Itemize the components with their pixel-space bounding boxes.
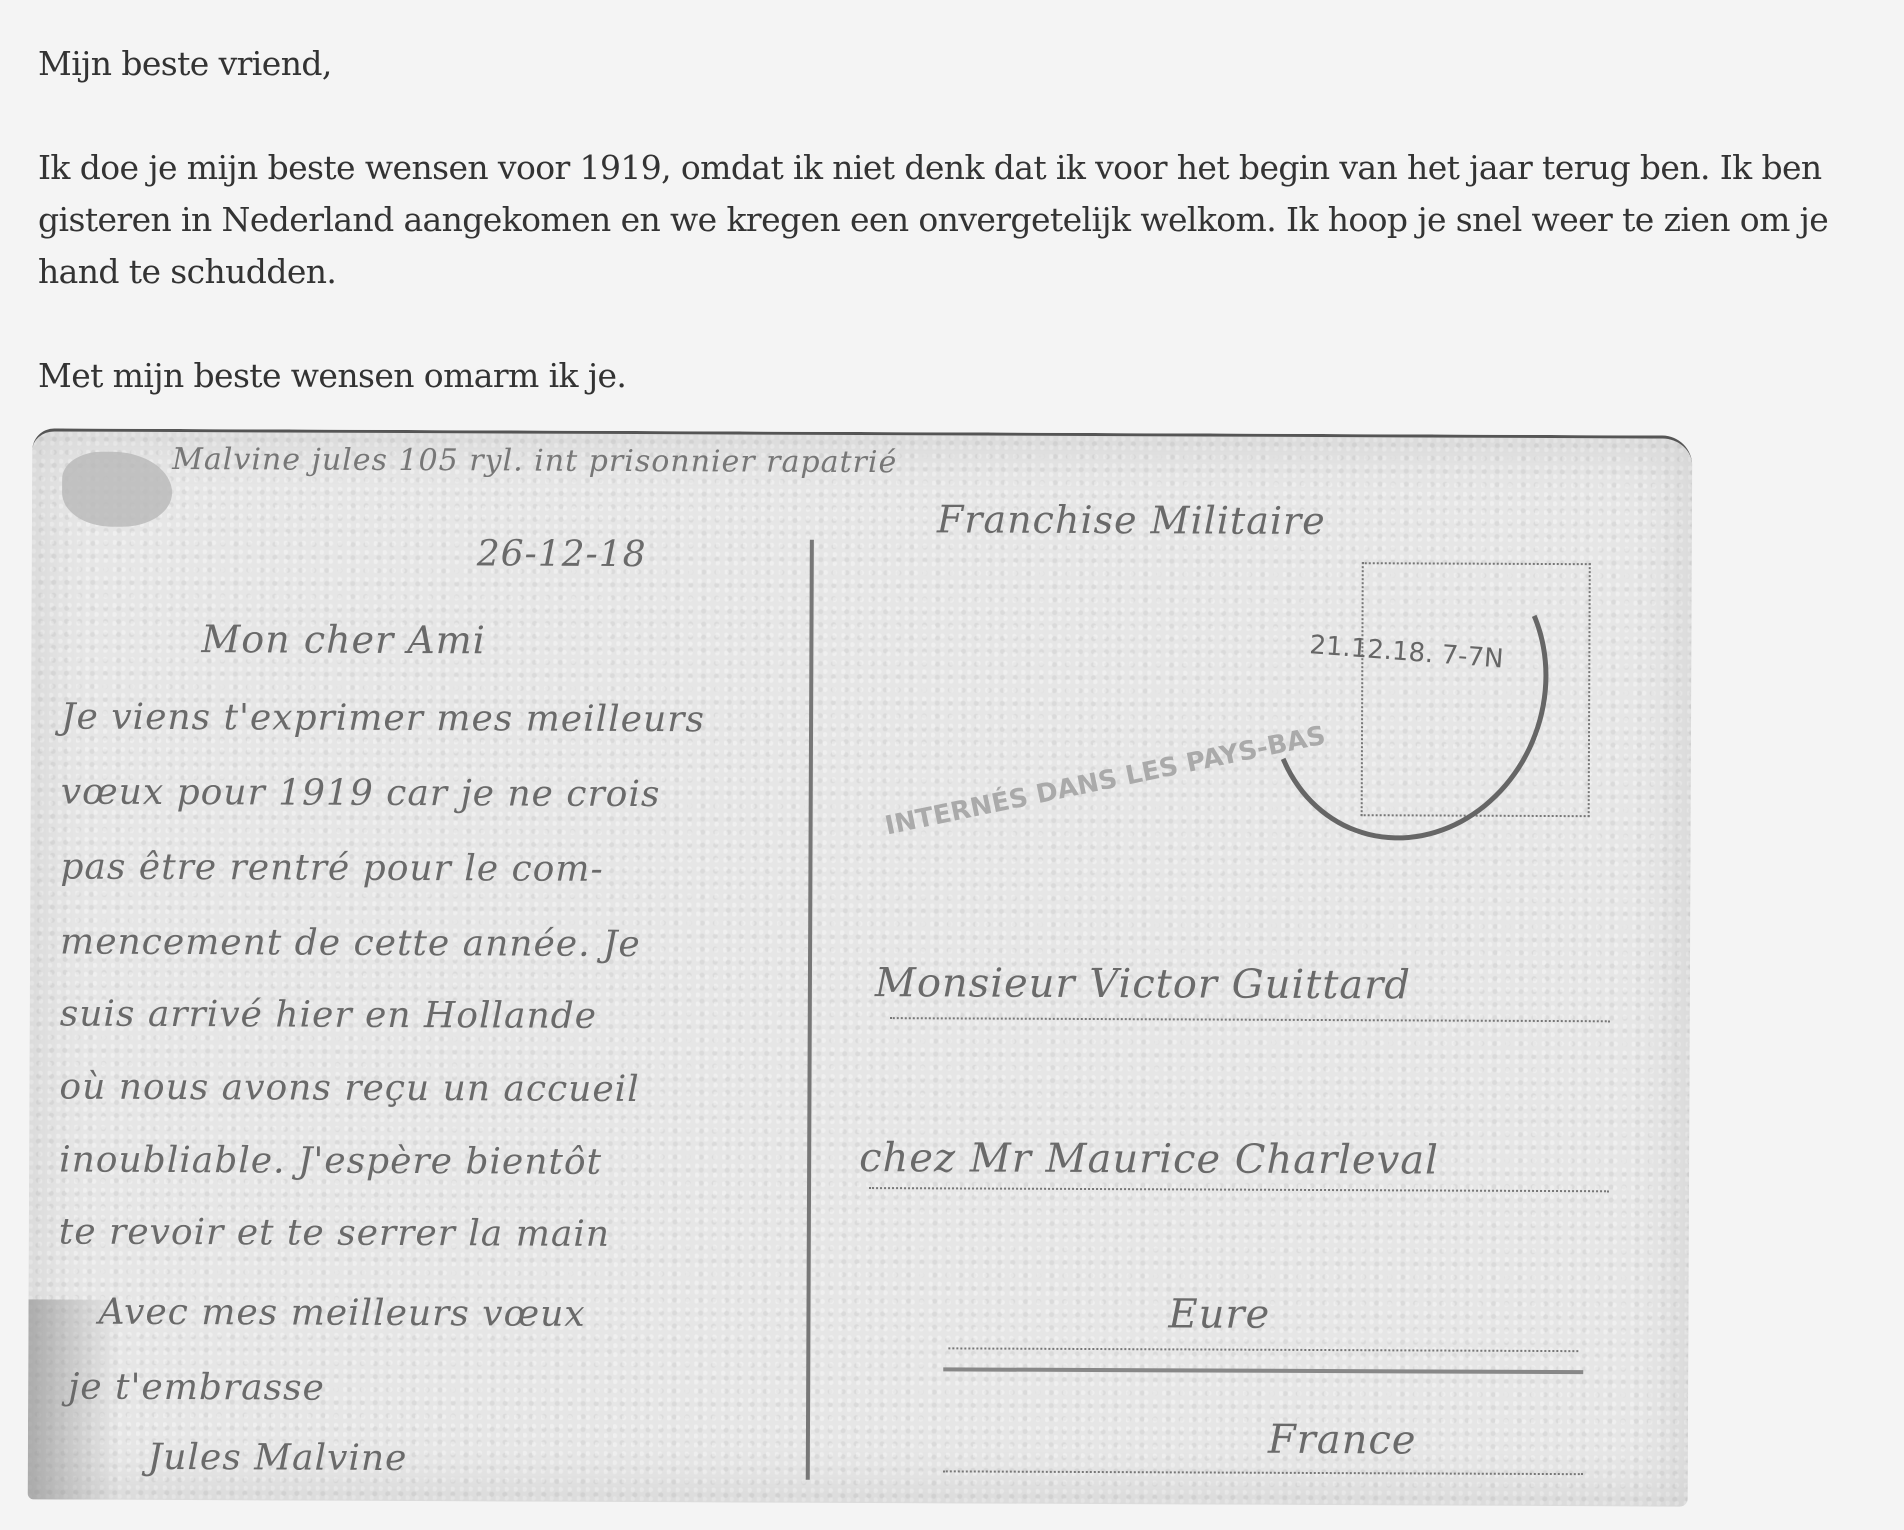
address-solid-rule (943, 1367, 1583, 1374)
postmark-circle (1226, 494, 1591, 880)
letter-line: pas être rentré pour le com- (60, 847, 603, 890)
translation-closing: Met mijn beste wensen omarm ik je. (38, 350, 1898, 402)
franchise-militaire: Franchise Militaire (937, 497, 1326, 543)
translation-body: Ik doe je mijn beste wensen voor 1919, o… (38, 142, 1898, 298)
postcard-date: 26-12-18 (477, 533, 647, 575)
stain (62, 452, 172, 527)
address-line: Monsieur Victor Guittard (875, 960, 1411, 1008)
letter-line: mencement de cette année. Je (60, 922, 641, 966)
letter-line: vœux pour 1919 car je ne crois (61, 772, 661, 816)
address-rule (948, 1347, 1578, 1352)
address-rule (890, 1017, 1610, 1022)
postcard-salutation: Mon cher Ami (201, 617, 486, 662)
translation-greeting: Mijn beste vriend, (38, 38, 1898, 90)
letter-line: où nous avons reçu un accueil (59, 1067, 639, 1111)
postcard-divider (806, 540, 814, 1480)
letter-line: te revoir et te serrer la main (59, 1212, 610, 1255)
address-line: chez Mr Maurice Charleval (859, 1135, 1439, 1184)
letter-line: Avec mes meilleurs vœux (98, 1292, 585, 1335)
translation-text: Mijn beste vriend, Ik doe je mijn beste … (38, 38, 1898, 402)
letter-line: Je viens t'exprimer mes meilleurs (61, 697, 705, 741)
faint-stamp: INTERNÉS DANS LES PAYS-BAS (882, 721, 1328, 842)
letter-signature: Jules Malvine (148, 1437, 408, 1479)
postcard-scan: Malvine jules 105 ryl. int prisonnier ra… (28, 428, 1693, 1506)
letter-line: inoubliable. J'espère bientôt (59, 1140, 602, 1183)
address-rule (869, 1187, 1609, 1192)
postcard-top-note: Malvine jules 105 ryl. int prisonnier ra… (172, 442, 897, 480)
address-rule (943, 1470, 1583, 1475)
letter-line: suis arrivé hier en Hollande (60, 994, 597, 1037)
address-line: Eure (1168, 1291, 1270, 1337)
letter-line: je t'embrasse (68, 1367, 325, 1409)
address-line: France (1268, 1417, 1417, 1464)
